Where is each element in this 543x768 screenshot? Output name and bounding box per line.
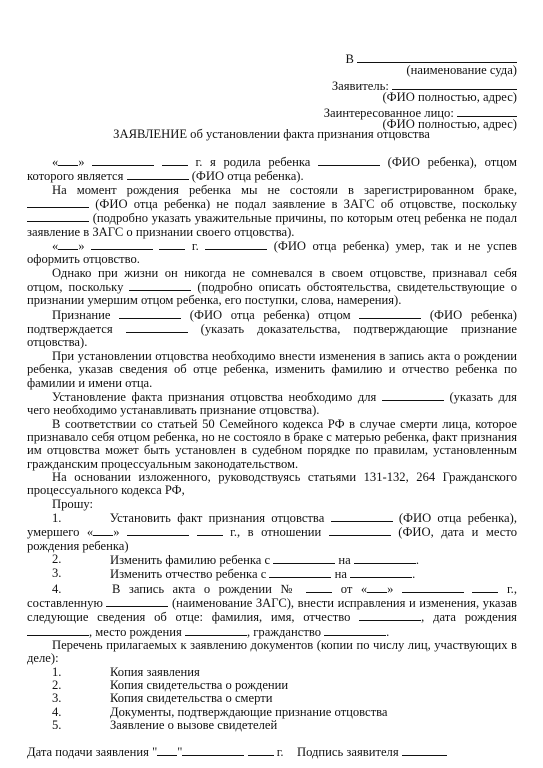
text: (ФИО отца ребенка) отцом [190,308,351,322]
child-name-field[interactable] [318,155,380,166]
item-number: 2. [27,553,110,567]
text: , место рождения [89,625,182,639]
text: от « [341,582,367,596]
birth-date-field[interactable] [27,625,89,636]
applicant-label: Заявитель: [332,79,389,93]
text: г., в отношении [230,525,321,539]
text: (подробно указать уважительные причины, … [27,211,517,238]
father-name-field[interactable] [205,239,267,250]
document-body: «» г. я родила ребенка (ФИО ребенка), от… [27,155,517,760]
text: (ФИО отца ребенка). [192,169,304,183]
month-field[interactable] [402,582,464,593]
day-field[interactable] [58,239,78,250]
new-patronymic-field[interactable] [350,567,412,578]
item-text: Копия свидетельства о рождении [110,679,517,692]
date-label: Дата подачи заявления " [27,745,157,759]
request-heading: Прошу: [27,498,517,511]
text: В запись акта о рождении № [112,582,298,596]
item-number: 4. [27,706,110,719]
father-name-field[interactable] [127,169,189,180]
year-field[interactable] [248,745,274,756]
birth-place-field[interactable] [185,625,247,636]
item-number: 4. [52,582,61,596]
applicant-caption: (ФИО полностью, адрес) [382,90,517,104]
text: на [338,553,350,567]
day-field[interactable] [93,525,113,536]
text: Установить факт признания отцовства [110,511,325,525]
father-name-field[interactable] [27,197,89,208]
month-field[interactable] [91,239,153,250]
item-number: 3. [27,692,110,705]
text: , дата рождения [421,610,517,624]
text: г. [277,745,284,759]
attachment-item: 4.Документы, подтверждающие признание от… [27,706,517,719]
month-field[interactable] [182,745,244,756]
text: . [386,625,389,639]
court-header: В (наименование суда) Заявитель: (ФИО по… [300,51,517,131]
father-fullname-field[interactable] [359,610,421,621]
document-title: ЗАЯВЛЕНИЕ об установлении факта признани… [0,127,543,141]
reason-field[interactable] [27,211,89,222]
paragraph-basis: На основании изложенного, руководствуясь… [27,471,517,498]
paragraph-marriage: На момент рождения ребенка мы не состоял… [27,184,517,239]
text: Изменить отчество ребенка с [110,567,266,581]
attachment-item: 3.Копия свидетельства о смерти [27,692,517,705]
text: , гражданство [247,625,321,639]
signature-label: Подпись заявителя [297,745,399,759]
paragraph-changes: При установлении отцовства необходимо вн… [27,350,517,390]
to-prefix: В [345,52,353,66]
paragraph-law: В соответствии со статьей 50 Семейного к… [27,418,517,471]
text: (ФИО отца ребенка) не подал заявление в … [95,197,517,211]
quote-close: » [78,155,84,169]
child-details-field[interactable] [329,525,391,536]
court-caption: (наименование суда) [406,63,517,77]
circumstances-field[interactable] [129,280,191,291]
item-number: 3. [27,567,110,581]
document-page: В (наименование суда) Заявитель: (ФИО по… [0,0,543,768]
paragraph-recognition: Однако при жизни он никогда не сомневалс… [27,267,517,308]
signature-field[interactable] [402,745,447,756]
item-number: 2. [27,679,110,692]
year-field[interactable] [162,155,188,166]
father-name-field[interactable] [119,308,181,319]
year-field[interactable] [472,582,498,593]
signature: Подпись заявителя [297,745,447,759]
footer-row: Дата подачи заявления "" г. Подпись заяв… [27,745,517,759]
day-field[interactable] [367,582,387,593]
text: . [412,567,415,581]
month-field[interactable] [92,155,154,166]
text: . [416,553,419,567]
attachment-item: 1.Копия заявления [27,666,517,679]
attachment-item: 5.Заявление о вызове свидетелей [27,719,517,732]
father-name-field[interactable] [331,511,393,522]
item-number: 1. [27,666,110,679]
text: г. [192,239,199,253]
item-text: Копия свидетельства о смерти [110,692,517,705]
paragraph-purpose: Установление факта признания отцовства н… [27,390,517,418]
citizenship-field[interactable] [324,625,386,636]
paragraph-birth: «» г. я родила ребенка (ФИО ребенка), от… [27,155,517,184]
applicant-field[interactable] [392,78,517,90]
day-field[interactable] [58,155,78,166]
attachment-item: 2.Копия свидетельства о рождении [27,679,517,692]
quote-close: » [78,239,84,253]
text: Признание [52,308,111,322]
item-text: Заявление о вызове свидетелей [110,719,517,732]
registry-office-field[interactable] [106,596,168,607]
request-item-2: 2. Изменить фамилию ребенка с на . [27,553,517,567]
purpose-field[interactable] [382,390,444,401]
court-name-field[interactable] [357,51,517,63]
text: Установление факта признания отцовства н… [52,390,376,404]
item-number: 1. [52,511,61,525]
attachments-heading: Перечень прилагаемых к заявлению докумен… [27,639,517,666]
year-field[interactable] [197,525,223,536]
year-field[interactable] [159,239,185,250]
item-number: 5. [27,719,110,732]
day-field[interactable] [157,745,177,756]
item-text: Документы, подтверждающие признание отцо… [110,706,517,719]
old-patronymic-field[interactable] [269,567,331,578]
item-text: Копия заявления [110,666,517,679]
record-number-field[interactable] [306,582,332,593]
paragraph-evidence: Признание (ФИО отца ребенка) отцом (ФИО … [27,308,517,350]
paragraph-death: «» г. (ФИО отца ребенка) умер, так и не … [27,239,517,267]
filing-date: Дата подачи заявления "" г. [27,745,297,759]
quote-close: » [387,582,393,596]
text: г. я родила ребенка [196,155,311,169]
old-surname-field[interactable] [273,553,335,564]
request-item-1: 1. Установить факт признания отцовства (… [27,511,517,553]
new-surname-field[interactable] [354,553,416,564]
text: на [335,567,347,581]
text: На момент рождения ребенка мы не состоял… [52,183,517,197]
text: Изменить фамилию ребенка с [110,553,270,567]
month-field[interactable] [127,525,189,536]
interested-party-field[interactable] [457,105,517,117]
request-item-3: 3. Изменить отчество ребенка с на . [27,567,517,581]
evidence-field[interactable] [126,322,188,333]
quote-close: » [113,525,119,539]
request-item-4: 4. В запись акта о рождении № от «» г., … [27,582,517,639]
child-name-field[interactable] [359,308,421,319]
